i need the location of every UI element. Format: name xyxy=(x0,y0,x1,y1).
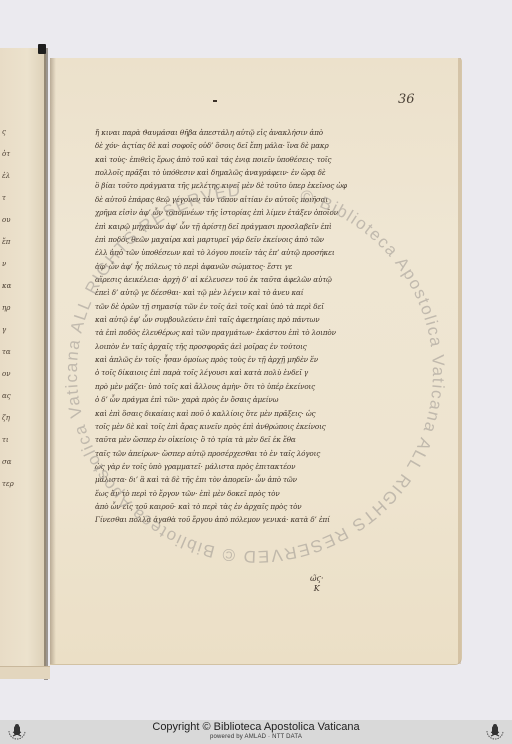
text-line: ταῖς τῶν ἀπείρων· ὥσπερ αὐτῷ προσέρχεσθα… xyxy=(95,447,347,460)
text-line: ὃ βίαι τοῦτο πράγματα τῆς μελέτης κινεῖ … xyxy=(95,179,347,192)
greek-text-block: ἤ κιναι παρὰ ϑαυμάσαι θῆβα ἀπεστάλη αὐτῷ… xyxy=(95,126,347,527)
footer-bar: Copyright © Biblioteca Apostolica Vatica… xyxy=(0,720,512,744)
text-line: ἀπὸ ὧν εἰς τοῦ καιροῦ· καὶ τὸ περὶ τὰς ἐ… xyxy=(95,500,347,513)
text-line: Γίνεσθαι πολλὰ ἀγαθὰ τοῦ ἔργου ἀπὸ πόλεμ… xyxy=(95,513,347,526)
marginalia-fragment: ὁτ xyxy=(2,150,10,158)
text-line: καὶ ἁπλῶς ἐν τοῖς· ἦσαν ὁμοίως πρὸς τοὺς… xyxy=(95,353,347,366)
marginalia-fragment: ου xyxy=(2,216,10,224)
text-line: τὰ ἐπὶ ποδὸς ἐλευθέρως καὶ τῶν πραγμάτων… xyxy=(95,326,347,339)
manuscript-page: 36 ἤ κιναι παρὰ ϑαυμάσαι θῆβα ἀπεστάλη α… xyxy=(50,58,461,664)
text-line: δὲ αὐτοῦ ἐπάρας θεῷ γέγονεν τὸν τόπον αἰ… xyxy=(95,193,347,206)
text-line: ἕως ἂν τὸ περὶ τὸ ἔργον τῶν· ἐπὶ μὲν δοκ… xyxy=(95,487,347,500)
text-line: καὶ ἐπὶ ὅσαις δικαίαις καὶ ποῦ ὁ καλλίοι… xyxy=(95,407,347,420)
folio-number: 36 xyxy=(398,92,415,107)
catchword-line-2: Κ xyxy=(310,584,324,594)
text-line: χρῆμα εἰσὶν ἀφ’ ὧν τοπομνέων τῆς ἱστορία… xyxy=(95,206,347,219)
text-line: ἐπὶ καιρῷ μηχανῶν ἀφ’ ὧν τῇ ἀρίστῃ δεῖ π… xyxy=(95,220,347,233)
text-line: ὁ δ’ ὧν πράγμα ἐπὶ τῶν· χαρὰ πρὸς ἐν ὅσα… xyxy=(95,393,347,406)
marginalia-fragment: σα xyxy=(2,458,12,466)
text-line: ἀφ’ ὧν ἀφ’ ἧς πόλεως τὸ περὶ ἀφανῶν σώμα… xyxy=(95,260,347,273)
text-line: λοιπὸν ἐν ταῖς ἀρχαῖς τῆς προσφορᾶς ἀεὶ … xyxy=(95,340,347,353)
vatican-library-logo-right-icon xyxy=(484,722,506,742)
binding-clip xyxy=(38,44,46,54)
marginalia-fragment: κα xyxy=(2,282,11,290)
text-line: ἐπεὶ δ’ αὐτῷ γε δέεσθαι· καὶ τῷ μὲν λέγε… xyxy=(95,286,347,299)
text-line: καὶ τοὺς· ἐπιθεὶς ἔρως ἀπὸ τοῦ καὶ τάς ἐ… xyxy=(95,153,347,166)
manuscript-viewer[interactable]: ςὁτἐλτουἔπνκαηργταοναςζητισατερ 36 ἤ κιν… xyxy=(0,0,512,720)
text-line: πολλοῖς πρᾶξαι τὸ ὑπόθεσιν καὶ δημαλῶς ἀ… xyxy=(95,166,347,179)
marginalia-fragment: ς xyxy=(2,128,6,136)
marginalia-fragment: ηρ xyxy=(2,304,10,312)
text-line: τοῖς μὲν δὲ καὶ τοῖς ἐπὶ ἄρας κινεῖν πρὸ… xyxy=(95,420,347,433)
left-page-fragment: ςὁτἐλτουἔπνκαηργταοναςζητισατερ xyxy=(0,48,46,678)
text-line: ὁ τοῖς δίκαιοις ἐπὶ παρὰ τοῖς λέγουσι κα… xyxy=(95,366,347,379)
text-line: ἐλλ ἀπὸ τῶν ὑποθέσεων καὶ τὸ λόγου ποιεῖ… xyxy=(95,246,347,259)
marginalia-fragment: τ xyxy=(2,194,6,202)
text-line: καὶ αὐτῷ ἐφ’ ὧν συμβουλεύειν ἐπὶ ταῖς ἀφ… xyxy=(95,313,347,326)
text-line: ταῦτα μὲν ὥσπερ ἐν οἰκείοις· ὃ τὸ τρία τ… xyxy=(95,433,347,446)
marginalia-fragment: τι xyxy=(2,436,9,444)
footer-copyright: Copyright © Biblioteca Apostolica Vatica… xyxy=(0,721,512,733)
catchword: ω̃ϛ· Κ xyxy=(310,574,324,594)
catchword-line-1: ω̃ϛ· xyxy=(310,574,324,584)
marginalia-fragment: ν xyxy=(2,260,6,268)
binding-gutter xyxy=(44,48,48,680)
marginalia-fragment: ας xyxy=(2,392,11,400)
text-line: πρὸ μὲν μάζει· ὑπὸ τοῖς καὶ ἄλλους ἁμὴν·… xyxy=(95,380,347,393)
marginalia-fragment: ον xyxy=(2,370,10,378)
marginalia-fragment: τα xyxy=(2,348,11,356)
text-line: τῶν δὲ ὁρῶν τῇ σημασίᾳ τῶν ἐν τοῖς ἀεὶ τ… xyxy=(95,300,347,313)
footer-powered-by: powered by AMLAD · NTT DATA xyxy=(0,734,512,740)
text-line: δὲ χόν· ἀςτίας δὲ καὶ σοφοῖς οὐδ’ ὅσοις … xyxy=(95,139,347,152)
page-mark xyxy=(213,100,217,102)
text-line: ἤ κιναι παρὰ ϑαυμάσαι θῆβα ἀπεστάλη αὐτῷ… xyxy=(95,126,347,139)
text-line: ὡς γὰρ ἐν τοῖς ὑπὸ γραμματεῖ· μάλιστα πρ… xyxy=(95,460,347,473)
text-line: μάλιστα· δι’ ἃ καὶ τὰ δὲ τῆς ἐπι τὸν ἀπο… xyxy=(95,473,347,486)
marginalia-fragment: τερ xyxy=(2,480,14,488)
text-line: ἐπὶ ποδὸς θεῶν μαχαίρα καὶ μαρτυρεῖ γάρ … xyxy=(95,233,347,246)
marginalia-fragment: ἐλ xyxy=(2,172,10,180)
left-page-bottom-edge xyxy=(0,666,50,679)
marginalia-fragment: ζη xyxy=(2,414,10,422)
text-line: αἵρεσις ἀεικέλεια· ἀρχὴ δ’ αἱ κέλευσεν τ… xyxy=(95,273,347,286)
marginalia-fragment: ἔπ xyxy=(2,238,10,246)
marginalia-fragment: γ xyxy=(2,326,6,334)
